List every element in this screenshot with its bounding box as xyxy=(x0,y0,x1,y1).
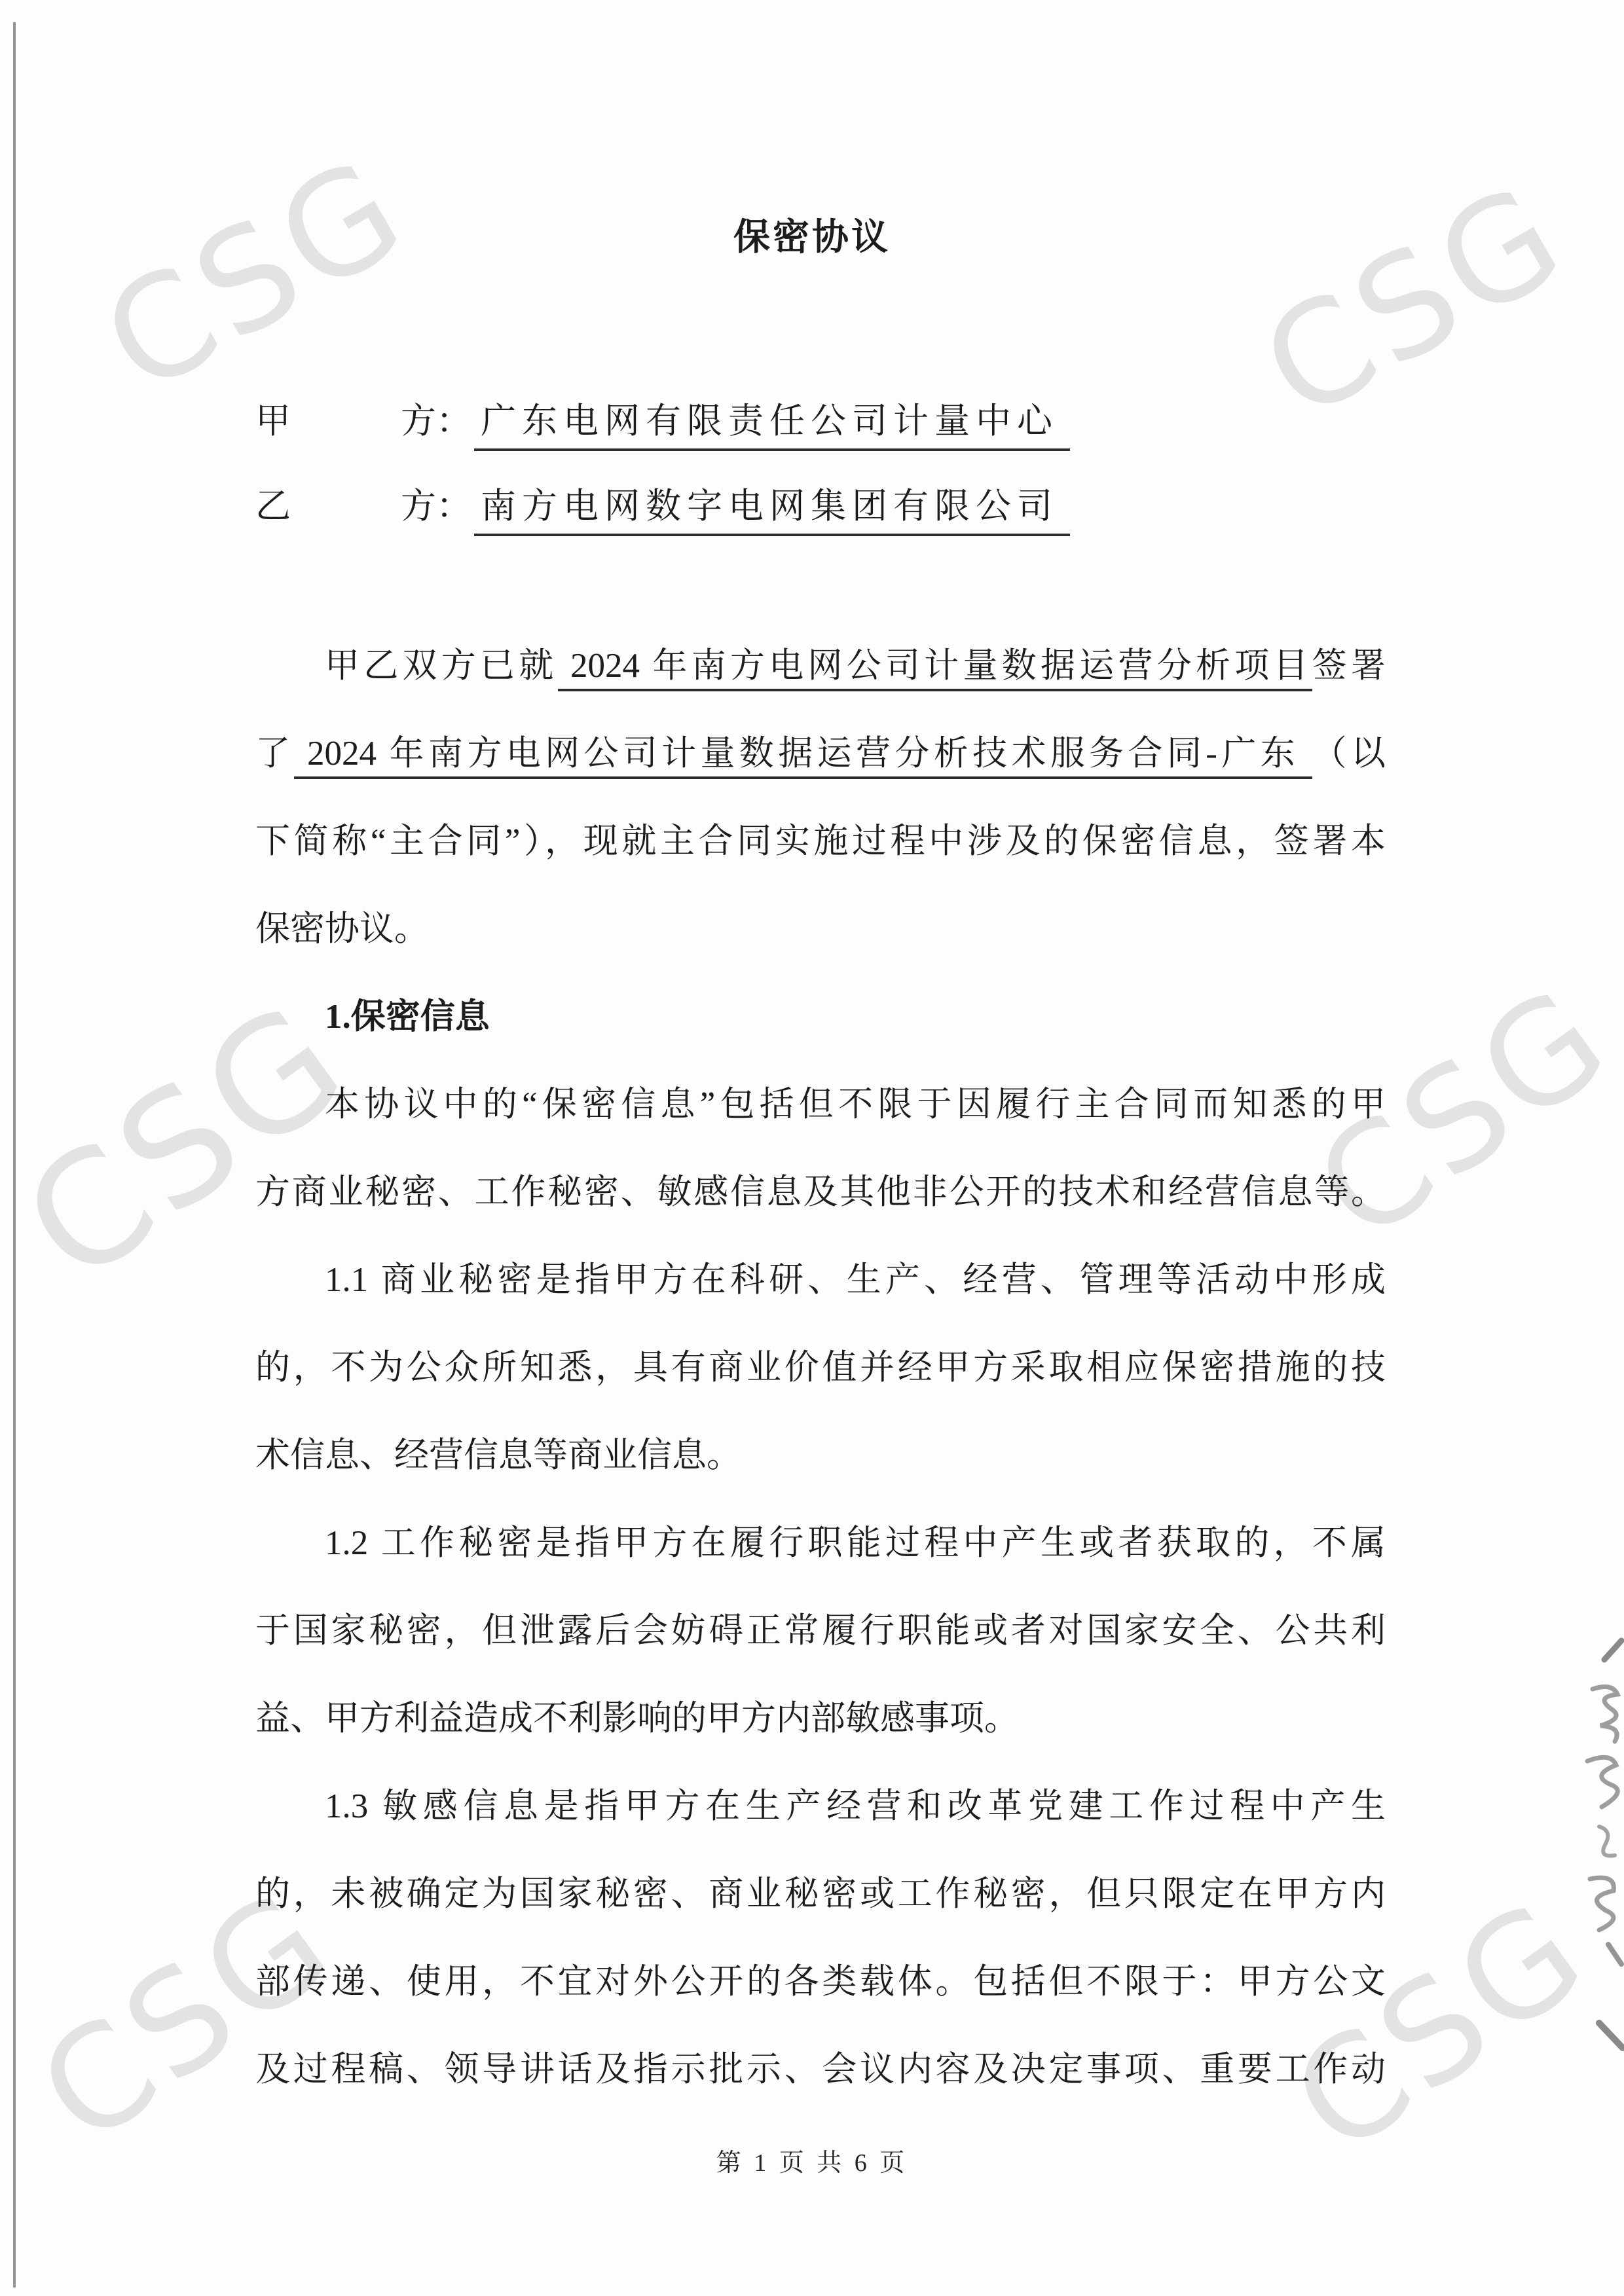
underlined-text: 2024 年南方电网公司计量数据运营分析技术服务合同-广东 xyxy=(294,735,1312,779)
text-line-13: 益、甲方利益造成不利影响的甲方内部敏感事项。 xyxy=(255,1675,1386,1762)
text-segment: 于国家秘密，但泄露后会妨碍正常履行职能或者对国家安全、公共利 xyxy=(255,1612,1386,1650)
party-a-suffix: 方： xyxy=(401,401,471,441)
text-segment: 甲乙双方已就 xyxy=(325,647,558,685)
underlined-text: 2024 年南方电网公司计量数据运营分析项目 xyxy=(558,647,1312,691)
text-segment: 1.3 敏感信息是指甲方在生产经营和改革党建工作过程中产生 xyxy=(325,1787,1386,1825)
scanned-document-page: CSG CSG CSG CSG CSG CSG 保密协议 甲方：广东电网有限责任… xyxy=(0,0,1624,2296)
text-segment: 的，不为公众所知悉，具有商业价值并经甲方采取相应保密措施的技 xyxy=(255,1349,1386,1387)
text-line-1: 甲乙双方已就 2024 年南方电网公司计量数据运营分析项目签署 xyxy=(255,622,1386,710)
text-segment: 的，未被确定为国家秘密、商业秘密或工作秘密，但只限定在甲方内 xyxy=(255,1875,1386,1913)
text-line-8: 1.1 商业秘密是指甲方在科研、生产、经营、管理等活动中形成 xyxy=(255,1236,1386,1324)
text-segment: 1.保密信息 xyxy=(325,998,490,1036)
page-number-footer: 第 1 页 共 6 页 xyxy=(0,2142,1624,2178)
text-line-5: 1.保密信息 xyxy=(255,973,1386,1061)
text-line-10: 术信息、经营信息等商业信息。 xyxy=(255,1412,1386,1499)
text-segment: 了 xyxy=(255,735,294,773)
party-b-row: 乙方：南方电网数字电网集团有限公司 xyxy=(255,478,1070,536)
party-b-label: 乙 xyxy=(255,478,401,528)
text-line-2: 了 2024 年南方电网公司计量数据运营分析技术服务合同-广东 （以 xyxy=(255,710,1386,797)
text-segment: 1.1 商业秘密是指甲方在科研、生产、经营、管理等活动中形成 xyxy=(325,1261,1386,1299)
text-segment: 术信息、经营信息等商业信息。 xyxy=(255,1436,741,1474)
text-segment: （以 xyxy=(1312,735,1386,773)
text-line-15: 的，未被确定为国家秘密、商业秘密或工作秘密，但只限定在甲方内 xyxy=(255,1850,1386,1938)
text-line-9: 的，不为公众所知悉，具有商业价值并经甲方采取相应保密措施的技 xyxy=(255,1324,1386,1412)
text-line-11: 1.2 工作秘密是指甲方在履行职能过程中产生或者获取的，不属 xyxy=(255,1499,1386,1587)
party-a-name-underlined: 广东电网有限责任公司计量中心 xyxy=(474,393,1070,451)
text-segment: 签署 xyxy=(1312,647,1386,685)
text-segment: 益、甲方利益造成不利影响的甲方内部敏感事项。 xyxy=(255,1700,1019,1738)
text-line-12: 于国家秘密，但泄露后会妨碍正常履行职能或者对国家安全、公共利 xyxy=(255,1587,1386,1675)
text-segment: 及过程稿、领导讲话及指示批示、会议内容及决定事项、重要工作动 xyxy=(255,2050,1386,2088)
handwritten-margin-note xyxy=(1553,1637,1624,2056)
document-body: 甲乙双方已就 2024 年南方电网公司计量数据运营分析项目签署了 2024 年南… xyxy=(255,622,1386,2113)
text-line-17: 及过程稿、领导讲话及指示批示、会议内容及决定事项、重要工作动 xyxy=(255,2026,1386,2113)
party-a-row: 甲方：广东电网有限责任公司计量中心 xyxy=(255,393,1070,451)
text-segment: 保密协议。 xyxy=(255,910,429,948)
party-b-suffix: 方： xyxy=(401,486,471,526)
text-segment: 方商业秘密、工作秘密、敏感信息及其他非公开的技术和经营信息等。 xyxy=(255,1173,1386,1211)
text-segment: 下简称“主合同”），现就主合同实施过程中涉及的保密信息，签署本 xyxy=(255,822,1386,860)
text-line-16: 部传递、使用，不宜对外公开的各类载体。包括但不限于：甲方公文 xyxy=(255,1938,1386,2026)
text-segment: 本协议中的“保密信息”包括但不限于因履行主合同而知悉的甲 xyxy=(325,1085,1386,1123)
text-line-6: 本协议中的“保密信息”包括但不限于因履行主合同而知悉的甲 xyxy=(255,1061,1386,1148)
document-title: 保密协议 xyxy=(0,208,1624,261)
party-a-label: 甲 xyxy=(255,393,401,443)
text-line-4: 保密协议。 xyxy=(255,885,1386,973)
csg-watermark: CSG xyxy=(77,125,434,426)
text-line-3: 下简称“主合同”），现就主合同实施过程中涉及的保密信息，签署本 xyxy=(255,797,1386,885)
text-line-7: 方商业秘密、工作秘密、敏感信息及其他非公开的技术和经营信息等。 xyxy=(255,1148,1386,1236)
text-segment: 1.2 工作秘密是指甲方在履行职能过程中产生或者获取的，不属 xyxy=(325,1524,1386,1562)
csg-watermark: CSG xyxy=(1236,151,1593,452)
party-b-name-underlined: 南方电网数字电网集团有限公司 xyxy=(474,478,1070,536)
text-segment: 部传递、使用，不宜对外公开的各类载体。包括但不限于：甲方公文 xyxy=(255,1963,1386,2001)
text-line-14: 1.3 敏感信息是指甲方在生产经营和改革党建工作过程中产生 xyxy=(255,1762,1386,1850)
